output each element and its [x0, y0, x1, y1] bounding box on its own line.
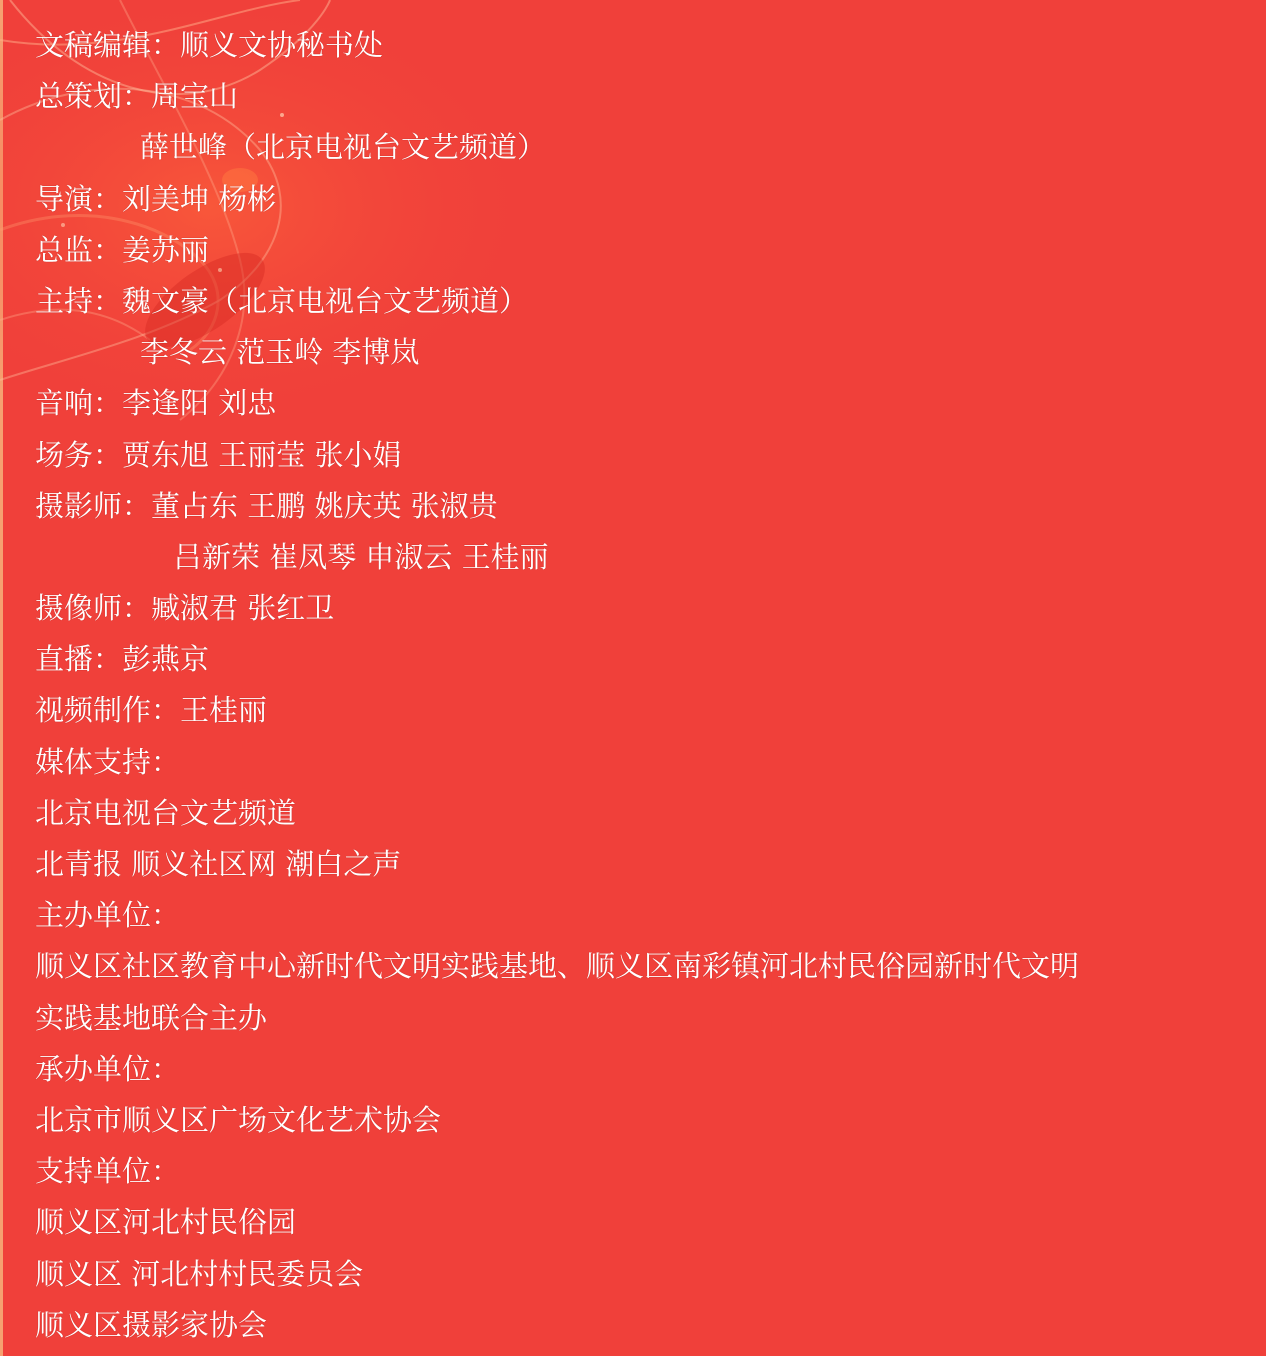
- credit-label: 摄像师：: [35, 591, 151, 625]
- credit-editor: 文稿编辑：顺义文协秘书处: [35, 20, 1255, 71]
- media-support-line: 北青报 顺义社区网 潮白之声: [35, 839, 1255, 890]
- credit-label: 摄影师：: [35, 489, 151, 523]
- credit-value: 李冬云 范玉岭 李博岚: [140, 335, 419, 369]
- section-supporters-label: 支持单位：: [35, 1146, 1255, 1197]
- credit-label: 文稿编辑：: [35, 28, 180, 62]
- co-organizers-line: 北京市顺义区广场文化艺术协会: [35, 1095, 1255, 1146]
- section-media-support-label: 媒体支持：: [35, 737, 1255, 788]
- section-co-organizers-label: 承办单位：: [35, 1044, 1255, 1095]
- credit-value: 薛世峰（北京电视台文艺频道）: [140, 130, 546, 164]
- credit-value: 顺义文协秘书处: [180, 28, 383, 62]
- credits-list: 文稿编辑：顺义文协秘书处 总策划：周宝山 薛世峰（北京电视台文艺频道） 导演：刘…: [35, 20, 1255, 1351]
- supporters-line: 顺义区河北村民俗园: [35, 1197, 1255, 1248]
- credit-value: 姜苏丽: [122, 233, 209, 267]
- supporters-line: 顺义区摄影家协会: [35, 1300, 1255, 1351]
- credit-label: 视频制作：: [35, 693, 180, 727]
- credit-value: 王桂丽: [180, 693, 267, 727]
- credit-photographers-continuation: 吕新荣 崔凤琴 申淑云 王桂丽: [35, 532, 1255, 583]
- credit-value: 贾东旭 王丽莹 张小娟: [122, 438, 401, 472]
- credit-host-continuation: 李冬云 范玉岭 李博岚: [35, 327, 1255, 378]
- organizers-line: 顺义区社区教育中心新时代文明实践基地、顺义区南彩镇河北村民俗园新时代文明: [35, 941, 1255, 992]
- credit-host: 主持：魏文豪（北京电视台文艺频道）: [35, 276, 1255, 327]
- organizers-line: 实践基地联合主办: [35, 993, 1255, 1044]
- credit-value: 彭燕京: [122, 642, 209, 676]
- credit-videographers: 摄像师：臧淑君 张红卫: [35, 583, 1255, 634]
- credit-director: 导演：刘美坤 杨彬: [35, 174, 1255, 225]
- credit-live-stream: 直播：彭燕京: [35, 634, 1255, 685]
- credit-sound: 音响：李逢阳 刘忠: [35, 378, 1255, 429]
- credit-chief-planner-continuation: 薛世峰（北京电视台文艺频道）: [35, 122, 1255, 173]
- credit-supervisor: 总监：姜苏丽: [35, 225, 1255, 276]
- credit-label: 直播：: [35, 642, 122, 676]
- section-organizers-label: 主办单位：: [35, 890, 1255, 941]
- supporters-line: 顺义区 河北村村民委员会: [35, 1249, 1255, 1300]
- credit-value: 李逢阳 刘忠: [122, 386, 276, 420]
- credit-label: 总监：: [35, 233, 122, 267]
- credit-chief-planner: 总策划：周宝山: [35, 71, 1255, 122]
- credit-label: 场务：: [35, 438, 122, 472]
- credit-label: 主持：: [35, 284, 122, 318]
- credit-value: 刘美坤 杨彬: [122, 182, 276, 216]
- credit-label: 音响：: [35, 386, 122, 420]
- credit-value: 周宝山: [151, 79, 238, 113]
- credit-value: 吕新荣 崔凤琴 申淑云 王桂丽: [173, 540, 549, 574]
- media-support-line: 北京电视台文艺频道: [35, 788, 1255, 839]
- credit-label: 导演：: [35, 182, 122, 216]
- credit-video-production: 视频制作：王桂丽: [35, 685, 1255, 736]
- left-edge-strip: [0, 0, 3, 1356]
- credit-photographers: 摄影师：董占东 王鹏 姚庆英 张淑贵: [35, 481, 1255, 532]
- credit-value: 董占东 王鹏 姚庆英 张淑贵: [151, 489, 498, 523]
- credit-value: 魏文豪（北京电视台文艺频道）: [122, 284, 528, 318]
- credit-label: 总策划：: [35, 79, 151, 113]
- credit-value: 臧淑君 张红卫: [151, 591, 334, 625]
- credit-field-staff: 场务：贾东旭 王丽莹 张小娟: [35, 430, 1255, 481]
